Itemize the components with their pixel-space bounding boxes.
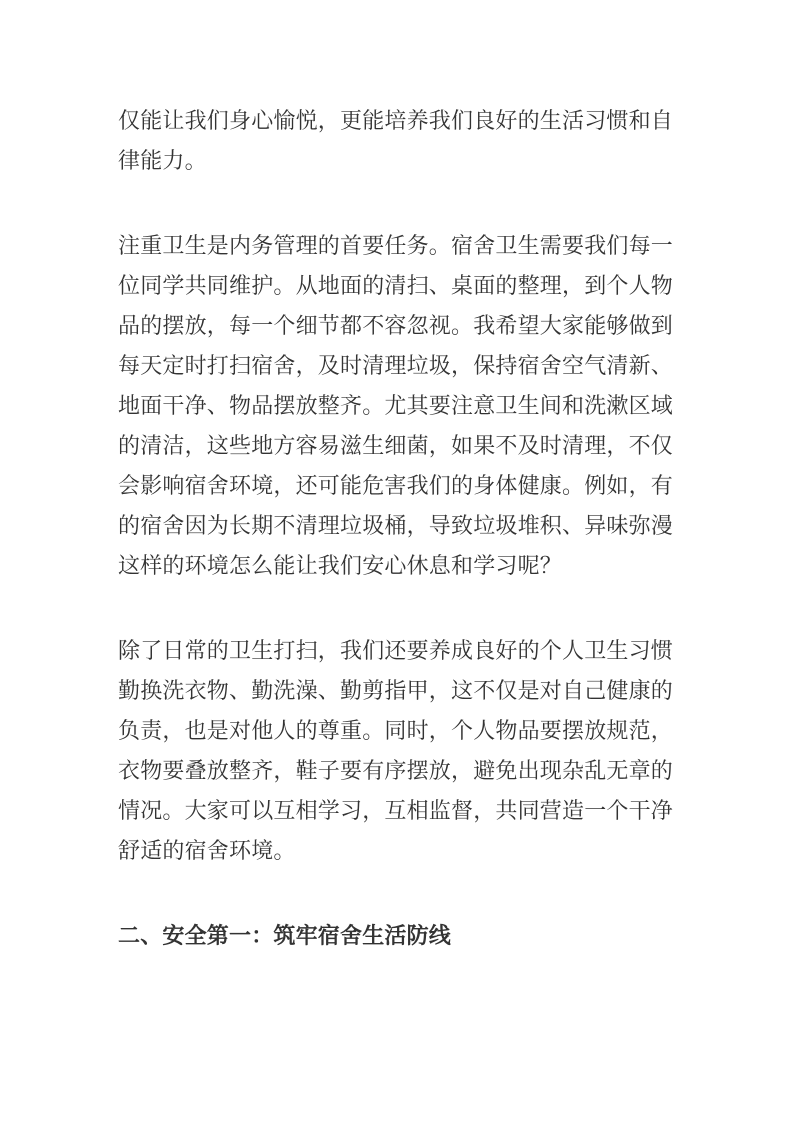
- paragraph-self-discipline: 仅能让我们身心愉悦，更能培养我们良好的生活习惯和自律能力。: [118, 101, 679, 181]
- paragraph-hygiene-tasks: 注重卫生是内务管理的首要任务。宿舍卫生需要我们每一位同学共同维护。从地面的清扫、…: [118, 226, 679, 586]
- document-content: 仅能让我们身心愉悦，更能培养我们良好的生活习惯和自律能力。 注重卫生是内务管理的…: [118, 101, 679, 956]
- section-heading-safety: 二、安全第一：筑牢宿舍生活防线: [118, 916, 679, 956]
- document-page: 仅能让我们身心愉悦，更能培养我们良好的生活习惯和自律能力。 注重卫生是内务管理的…: [0, 0, 793, 1122]
- paragraph-personal-hygiene: 除了日常的卫生打扫，我们还要养成良好的个人卫生习惯勤换洗衣物、勤洗澡、勤剪指甲，…: [118, 631, 679, 871]
